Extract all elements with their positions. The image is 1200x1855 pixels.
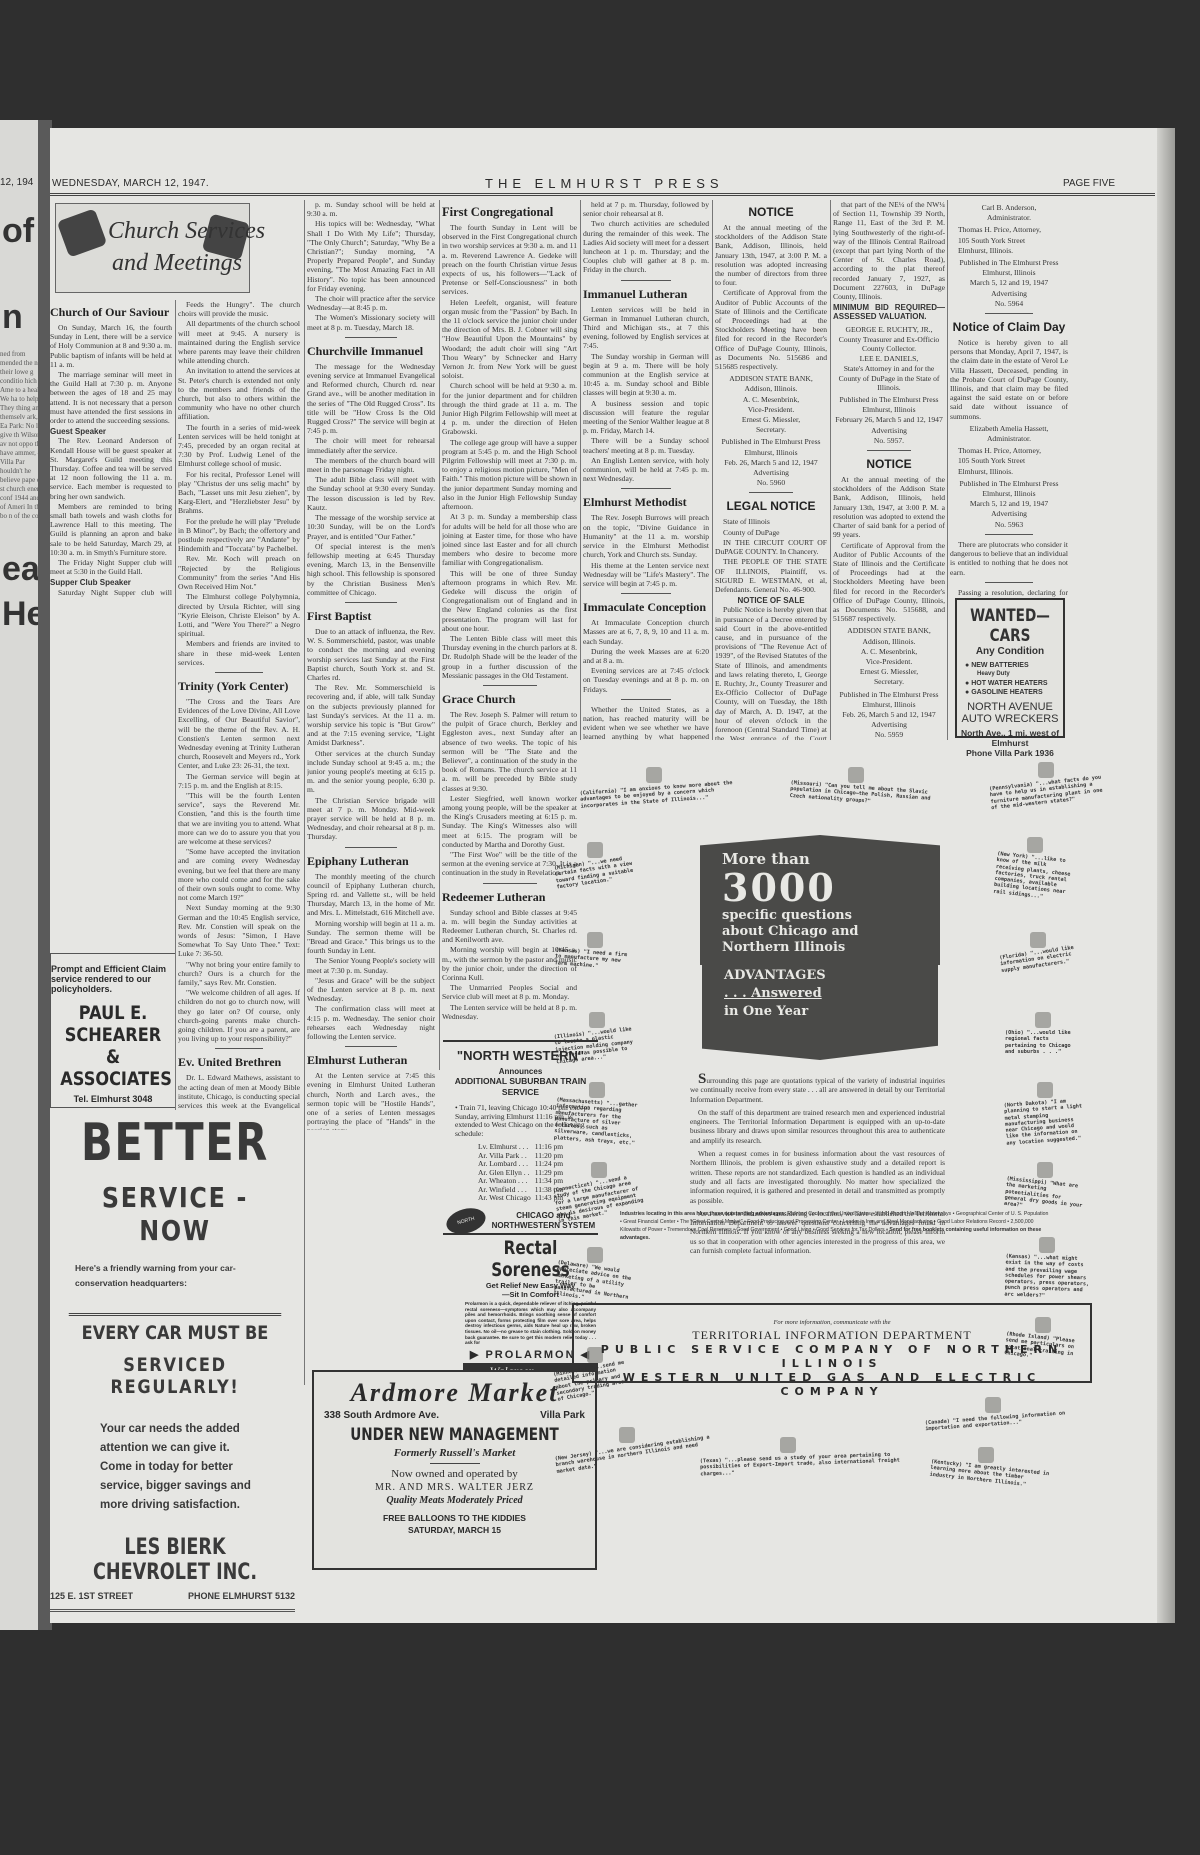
ornament-divider [430,1463,480,1464]
inquiry-quote: (Massachusetts) "...gather information r… [554,1097,642,1147]
signature-line: Feb. 26, March 5 and 12, 1947 [833,710,945,719]
inquiry-quote: (Delaware) "We would appreciate advice o… [553,1260,637,1309]
inquiry-quote: (North Dakota) "I am planning to start a… [1004,1097,1087,1147]
column-1: Church of Our Saviour On Sunday, March 1… [50,300,172,598]
column-6-legal: NOTICE At the annual meeting of the stoc… [715,200,827,740]
article-paragraph: Church school will be held at 9:30 a. m.… [442,381,577,436]
ad-firm-name: PAUL E. SCHEARER& ASSOCIATES [60,1002,165,1090]
dealer-name: LES BIERK CHEVROLET INC. [75,1535,275,1585]
signature-line: Published in The Elmhurst Press [833,690,945,699]
article-paragraph: An invitation to attend the services at … [178,366,300,421]
article-paragraph: This will be one of three Sunday afterno… [442,569,577,633]
ad-headline-2: SERVICE - NOW [69,1181,282,1247]
article-paragraph: The message for the Wednesday evening se… [307,362,435,436]
article-paragraph: Lenten services will be held in German i… [583,305,709,351]
signature-line: Published in The Elmhurst Press [950,258,1068,267]
signature-line: Elmhurst, Illinois [950,268,1068,277]
subheading: Supper Club Speaker [50,578,172,587]
column-5: held at 7 p. m. Thursday, followed by se… [583,200,709,740]
inquiry-quote: (Kansas) "I need a firm to manufacture m… [554,947,635,971]
signature-line: Elmhurst, Illinois [715,448,827,457]
inquiry-quote: (Canada) "I need the following informati… [925,1410,1076,1433]
headline-fragment: of [2,212,34,251]
article-paragraph: Dr. L. Edward Mathews, assistant to the … [178,1073,300,1110]
article-paragraph: "Some have accepted the invitation and a… [178,847,300,902]
state-silhouette-icon [985,1397,1001,1413]
inquiry-quote: (Ohio) "...would like regional facts per… [1005,1030,1080,1055]
inquiry-quote: (Missouri) "Can you tell me about the Sl… [790,780,936,809]
state-silhouette-icon [848,767,864,783]
article-paragraph: Rev. Mr. Koch will preach on "Rejected b… [178,554,300,591]
signature-line: ADDISON STATE BANK, [833,626,945,635]
state-silhouette-icon [589,1082,605,1098]
article-paragraph: An English Lenten service, with holy com… [583,456,709,484]
article-paragraph: Other services at the church Sunday incl… [307,749,435,795]
article-paragraph: The Sunday worship in German will begin … [583,352,709,398]
article-paragraph: On Sunday, March 16, the fourth Sunday i… [50,323,172,369]
signature-line: Advertising [950,509,1068,518]
ad-headline: BETTER [75,1113,275,1173]
article-paragraph: Saturday Night Supper club will have Pat… [50,588,172,598]
newspaper-title: THE ELMHURST PRESS [485,176,724,191]
article-paragraph: Members and friends are invited to share… [178,639,300,667]
article-heading: Grace Church [442,691,577,708]
signature-line: Secretary. [715,425,827,434]
signature-line: Advertising [833,720,945,729]
signature-line: Advertising [833,426,945,435]
banner-title: Church Services [108,218,265,245]
legal-notice-heading: LEGAL NOTICE [715,498,827,515]
article-heading: Immanuel Lutheran [583,286,709,303]
signature-line: GEORGE E. RUCHTY, JR., [833,325,945,334]
signature-line: No. 5960 [715,478,827,487]
article-paragraph: All departments of the church school wil… [178,319,300,365]
article-paragraph: The Elmhurst college Polyhymnia, directe… [178,592,300,638]
previous-page-date: 12, 194 [0,177,33,188]
state-silhouette-icon [591,1162,607,1178]
article-paragraph: The Friday Night Supper club will meet a… [50,558,172,576]
article-paragraph: The German service will begin at 7:15 p.… [178,772,300,790]
state-silhouette-icon [1038,762,1054,778]
article-paragraph: At the annual meeting of the stockholder… [833,475,945,539]
state-silhouette-icon [619,1427,635,1443]
article-paragraph: Helen Leefelt, organist, will feature or… [442,298,577,381]
signature-line: ADDISON STATE BANK, [715,374,827,383]
contact-box: For more information, communicate with t… [572,1303,1092,1383]
state-silhouette-icon [1030,932,1046,948]
ad-phone: Tel. Elmhurst 3048 [51,1094,175,1104]
dealer-contact: 125 E. 1ST STREET PHONE ELMHURST 5132 [50,1591,295,1612]
state-silhouette-icon [978,1447,994,1463]
article-paragraph: The Senior Young People's society will m… [307,956,435,974]
article-paragraph: At the annual meeting of the stockholder… [715,223,827,287]
article-heading: Church of Our Saviour [50,304,172,321]
article-paragraph: For his recital, Professor Lenel will pl… [178,470,300,516]
article-paragraph: p. m. Sunday school will be held at 9:30… [307,200,435,218]
state-silhouette-icon [587,842,603,858]
signature-line: Elizabeth Amelia Hassett, [950,424,1068,433]
article-paragraph: The Lenten Bible class will meet this Th… [442,634,577,680]
article-paragraph: His theme at the Lenten service next Wed… [583,561,709,589]
state-silhouette-icon [589,1012,605,1028]
signature-line: Addison, Illinois. [715,384,827,393]
article-paragraph: His topics will be: Wednesday, "What Sha… [307,219,435,293]
inquiry-quote: (Texas) "...please send us a study of yo… [700,1452,901,1478]
issue-date: WEDNESDAY, MARCH 12, 1947. [52,178,209,189]
article-paragraph: The members of the church board will mee… [307,456,435,474]
state-silhouette-icon [1027,837,1043,853]
article-paragraph: The message of the worship service at 10… [307,513,435,541]
signature-line: March 5, 12 and 19, 1947 [950,278,1068,287]
article-paragraph: Thomas H. Price, Attorney, [950,446,1068,455]
column-8-legal: Carl B. Anderson,Administrator. Thomas H… [950,200,1068,600]
page-number: PAGE FIVE [1063,178,1115,189]
signature-line: Published in The Elmhurst Press [950,479,1068,488]
signature-line: Administrator. [950,213,1068,222]
signature-line: LEE E. DANIELS, [833,354,945,363]
article-paragraph: For the prelude he will play "Prelude in… [178,517,300,554]
signature-line: Elmhurst, Illinois [950,489,1068,498]
state-silhouette-icon [587,932,603,948]
article-paragraph: The Rev. Joseph Burrows will preach on t… [583,513,709,559]
signature-line: Published in The Elmhurst Press [833,395,945,404]
signature-line: Secretary. [833,677,945,686]
column-2: Feeds the Hungry". The church choirs wil… [178,300,300,1110]
signature-line: Advertising [715,468,827,477]
article-paragraph: The college age group will have a supper… [442,438,577,512]
signature-line: County Treasurer and Ex-Officio County C… [833,335,945,353]
inquiry-quote: (Michigan) "...we need certain facts wit… [554,855,637,891]
article-paragraph: 105 South York Street [950,456,1068,465]
inquiry-quote: (Illinois) "...would like to locate a pl… [554,1026,642,1066]
notice-heading: NOTICE [715,204,827,221]
signature-line: Administrator. [950,434,1068,443]
claim-service-ad: Prompt and Efficient Claim service rende… [50,953,176,1108]
headline-shield: More than 3000 specific questions about … [700,835,940,965]
article-paragraph: "We welcome children of all ages. If chi… [178,988,300,1043]
article-paragraph: The fourth in a series of mid-week Lente… [178,423,300,469]
signature-line: Elmhurst, Illinois [833,405,945,414]
banner-subtitle: and Meetings [112,250,242,277]
state-silhouette-icon [646,767,662,783]
article-paragraph: Next Sunday morning at the 9:30 German a… [178,903,300,958]
subheading: Guest Speaker [50,427,172,436]
inquiry-quote: (Florida) "...would like information on … [999,945,1076,974]
chevrolet-service-ad: BETTER SERVICE - NOW Here's a friendly w… [50,1113,300,1623]
article-paragraph: A business session and topic discussion … [583,399,709,436]
article-paragraph: 105 South York Street [950,236,1068,245]
article-heading: Epiphany Lutheran [307,853,435,870]
inquiry-quote: (Kentucky) "I am greatly interested in l… [929,1459,1050,1490]
article-heading: Ev. United Brethren [178,1054,300,1071]
signature-line: Published in The Elmhurst Press [715,437,827,446]
article-heading: First Congregational [442,204,577,221]
state-silhouette-icon [1037,1082,1053,1098]
article-heading: First Baptist [307,608,435,625]
signature-line: Vice-President. [833,657,945,666]
inquiry-quote: (California) "I am anxious to know more … [580,779,746,809]
signature-line: No. 5957. [833,436,945,445]
north-western-logo-icon: NORTH WESTERN [443,1204,488,1238]
article-paragraph: Feeds the Hungry". The church choirs wil… [178,300,300,318]
wanted-cars-ad: WANTED—CARS Any Condition ● NEW BATTERIE… [955,598,1065,738]
article-heading: Trinity (York Center) [178,678,300,695]
state-silhouette-icon [780,1437,796,1453]
column-7-legal: that part of the NE¼ of the NW¼ of Secti… [833,200,945,740]
article-paragraph: Thomas H. Price, Attorney, [950,225,1068,234]
article-paragraph: The choir will practice after the servic… [307,294,435,312]
article-paragraph: The Rev. Leonard Anderson of Kendall Hou… [50,436,172,500]
article-paragraph: held at 7 p. m. Thursday, followed by se… [583,200,709,218]
article-heading: Immaculate Conception [583,599,709,616]
article-paragraph: "Why not bring your entire family to chu… [178,960,300,988]
article-paragraph: Elmhurst, Illinois. [950,246,1068,255]
wanted-cars-items: ● NEW BATTERIES Heavy Duty ● HOT WATER H… [965,661,1063,697]
signature-line: Vice-President. [715,405,827,414]
column-3: p. m. Sunday school will be held at 9:30… [307,200,435,1130]
article-paragraph: The fourth Sunday in Lent will be observ… [442,223,577,297]
inquiry-quote: (Pennsylvania) "...what facts do you hav… [989,774,1111,812]
inquiry-quote: (New Jersey) "...we are considering esta… [554,1434,715,1475]
article-paragraph: At 3 p. m. Sunday a membership class for… [442,512,577,567]
article-paragraph: Due to an attack of influenza, the Rev. … [307,627,435,682]
signature-line: Carl B. Anderson, [950,203,1068,212]
filler-text: Whether the United States, as a nation, … [583,705,709,740]
article-paragraph: Members are reminded to bring small bath… [50,502,172,557]
claim-day-heading: Notice of Claim Day [950,319,1068,336]
article-paragraph: The monthly meeting of the church counci… [307,872,435,918]
article-paragraph: At the Lenten service at 7:45 this eveni… [307,1071,435,1130]
article-paragraph: "The Cross and the Tears Are Evidences o… [178,697,300,771]
church-illustration-icon [57,208,108,257]
article-heading: Churchville Immanuel [307,343,435,360]
signature-line: State's Attorney in and for the County o… [833,364,945,392]
headline-shield-lower: ADVANTAGES . . . Answered in One Year [702,965,938,1060]
signature-line: Feb. 26, March 5 and 12, 1947 [715,458,827,467]
headline-fragment: n [2,298,23,337]
advantages-list: Industries locating in this area have th… [620,1210,1050,1242]
signature-line: No. 5964 [950,299,1068,308]
wanted-cars-firm: NORTH AVENUEAUTO WRECKERS [957,701,1063,725]
signature-line: Ernest G. Miessler, [833,667,945,676]
signature-line: No. 5963 [950,520,1068,529]
article-paragraph: Certificate of Approval from the Auditor… [715,288,827,371]
signature-line: Advertising [950,289,1068,298]
notice-heading: NOTICE [833,456,945,473]
church-services-banner: Church Services and Meetings [55,203,250,293]
article-paragraph: During the week Masses are at 6:20 and a… [583,647,709,665]
article-paragraph: Elmhurst, Illinois. [950,467,1068,476]
article-paragraph: There will be a Sunday school teachers' … [583,436,709,454]
signature-line: Elmhurst, Illinois [833,700,945,709]
article-paragraph: Evening services are at 7:45 o'clock on … [583,666,709,694]
article-paragraph: At Immaculate Conception church Masses a… [583,618,709,646]
article-paragraph: Certificate of Approval from the Auditor… [833,541,945,624]
signature-line: Addison, Illinois. [833,637,945,646]
state-silhouette-icon [587,1247,603,1263]
article-paragraph: Morning worship will begin at 11 a. m. S… [307,919,435,956]
article-paragraph: The Christian Service brigade will meet … [307,796,435,842]
article-paragraph: The marriage seminar will meet in the Gu… [50,370,172,425]
signature-line: No. 5959 [833,730,945,739]
article-paragraph: The adult Bible class will meet with the… [307,475,435,512]
state-silhouette-icon [1035,1012,1051,1028]
signature-line: Ernest G. Miessler, [715,415,827,424]
article-paragraph: The confirmation class will meet at 4:15… [307,1004,435,1041]
article-paragraph: "This will be the fourth Lenten service"… [178,791,300,846]
state-silhouette-icon [1037,1162,1053,1178]
territorial-information-ad: (California) "I am anxious to know more … [550,765,1110,1495]
inquiry-quote: (New York) "...like to know of the milk … [993,851,1077,903]
signature-line: A. C. Mesenbrink, [833,647,945,656]
article-paragraph: Of special interest is the men's fellows… [307,542,435,597]
signature-line: March 5, 12 and 19, 1947 [950,499,1068,508]
article-heading: Elmhurst Lutheran [307,1052,435,1069]
article-heading: Elmhurst Methodist [583,494,709,511]
article-paragraph: "Jesus and Grace" will be the subject of… [307,976,435,1004]
article-paragraph: The Rev. Mr. Sommerschield is recovering… [307,683,435,747]
article-paragraph: Two church activities are scheduled duri… [583,219,709,274]
article-paragraph: The choir will meet for rehearsal immedi… [307,436,435,454]
signature-line: A. C. Mesenbrink, [715,395,827,404]
inquiry-quote: (Kansas) "...what might exist in the way… [1004,1254,1090,1301]
ad-lead-text: Prompt and Efficient Claim service rende… [51,964,167,994]
signature-line: February 26, March 5 and 12, 1947 [833,415,945,424]
masthead: WEDNESDAY, MARCH 12, 1947. THE ELMHURST … [50,176,1155,196]
article-paragraph: The Women's Missionary society will meet… [307,313,435,331]
